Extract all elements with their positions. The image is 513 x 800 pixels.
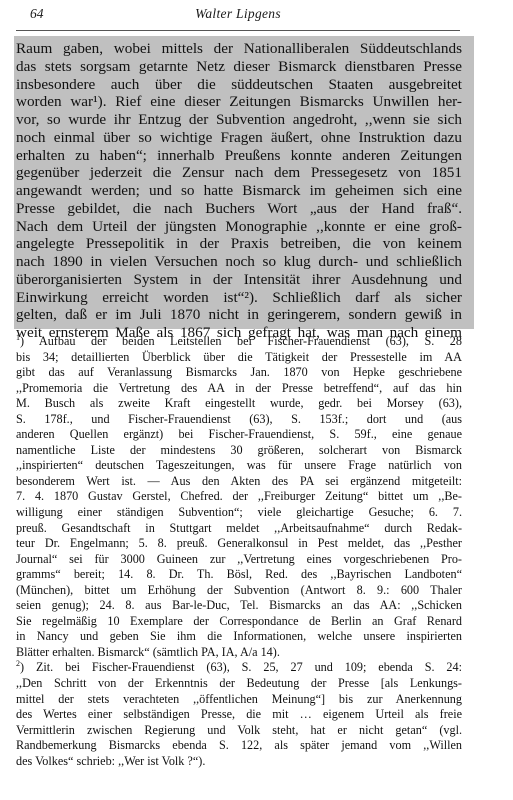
- text-line: Einwirkung erreicht worden ist“²). Schli…: [16, 289, 462, 307]
- footnote-line: preuß. Gesandtschaft in Stuttgart meldet…: [16, 521, 462, 537]
- text-line: noch einmal über so wichtige Fragen äuße…: [16, 129, 462, 147]
- footnote-line: Vermittlerin zwischen Regierung und Volk…: [16, 723, 462, 739]
- text-line: nach 1890 in vielen Versuchen noch so kl…: [16, 253, 462, 271]
- footnote-line: (München), bittet um Erhöhung der Subven…: [16, 583, 462, 599]
- footnotes: 1) Aufbau der beiden Leitstellen bei Fis…: [16, 334, 462, 769]
- text-line: angewandt werden; und so hatte Bismarck …: [16, 182, 462, 200]
- text-line: worden war¹). Rief eine dieser Zeitungen…: [16, 93, 462, 111]
- footnote-line: Sie regelmäßig 10 Exemplare der Correspo…: [16, 614, 462, 630]
- footnote-line: M. Busch als zweite Kraft eingestellt wu…: [16, 396, 462, 412]
- main-paragraph[interactable]: Raum gaben, wobei mittels der Nationalli…: [16, 40, 462, 342]
- footnote-line: Randbemerkung Bismarcks ebenda S. 122, a…: [16, 738, 462, 754]
- footnote-line: mittel der stets verachteten ,,öffentlic…: [16, 692, 462, 708]
- footnote-line: bis 34; detaillierten Überblick über die…: [16, 350, 462, 366]
- footnote-line: des Wertes einer selbständigen Presse, d…: [16, 707, 462, 723]
- footnote-line: ,,Promemoria die Vertretung des AA in de…: [16, 381, 462, 397]
- footnote-line: 7. 4. 1870 Gustav Gerstel, Chefred. der …: [16, 489, 462, 505]
- running-head: 64 Walter Lipgens: [16, 4, 460, 24]
- footnote-line: S. 178f., und Fischer-Frauendienst (63),…: [16, 412, 462, 428]
- text-line: gegenüber jederzeit die Zensur nach dem …: [16, 164, 462, 182]
- footnote-line: besonderem Wert ist. — Aus den Akten des…: [16, 474, 462, 490]
- header-rule: [16, 30, 460, 31]
- footnote-line: ,,inspirierten“ deutschen Tageszeitungen…: [16, 458, 462, 474]
- text-line: das stets sorgsam getarnte Netz dieser B…: [16, 58, 462, 76]
- running-title: Walter Lipgens: [16, 6, 460, 22]
- text-line: gelten, daß er im Juli 1870 nicht in ger…: [16, 306, 462, 324]
- footnote-line: Journal“ sei für 3000 Guineen zur ,,Vert…: [16, 552, 462, 568]
- footnote-line: ,,Den Schritt von der Erkenntnis der Bed…: [16, 676, 462, 692]
- footnote-line: gibt das auf Veranlassung Bismarcks Jan.…: [16, 365, 462, 381]
- footnote-line: des Volkes“ schrieb: ,,Wer ist Volk ?“).: [16, 754, 462, 770]
- text-line: überorganisierten System in der Intensit…: [16, 271, 462, 289]
- text-line: Nach dem Urteil der jüngsten Monographie…: [16, 218, 462, 236]
- footnote-line: Blätter erhalten. Bismarck“ (sämtlich PA…: [16, 645, 462, 661]
- footnote-line: ) Aufbau der beiden Leitstellen bei Fisc…: [20, 334, 462, 348]
- footnote-line: anderen Quellen ergänzt) bei Fischer-Fra…: [16, 427, 462, 443]
- text-line: Presse gebildet, die nach Buchers Wort „…: [16, 200, 462, 218]
- text-line: Raum gaben, wobei mittels der Nationalli…: [16, 40, 462, 58]
- footnote-1: 1) Aufbau der beiden Leitstellen bei Fis…: [16, 334, 462, 660]
- footnote-line: teur Dr. Engelmann; 5. 8. preuß. General…: [16, 536, 462, 552]
- text-line: angelegte Pressepolitik in der Praxis be…: [16, 235, 462, 253]
- footnote-line: in Nancy und geben Sie ihm die Informati…: [16, 629, 462, 645]
- footnote-line: gramms“ bereit; 14. 8. Dr. Th. Bösl, Red…: [16, 567, 462, 583]
- footnote-line: willigung einer ständigen Subvention“; v…: [16, 505, 462, 521]
- text-line: insbesondere auch über die süddeutschen …: [16, 76, 462, 94]
- footnote-line: ) Zit. bei Fischer-Frauendienst (63), S.…: [20, 660, 462, 674]
- footnote-line: seien genug); 24. 8. aus Bar-le-Duc, Tel…: [16, 598, 462, 614]
- footnote-line: namentliche Liste der mindestens 30 größ…: [16, 443, 462, 459]
- footnote-2: 2) Zit. bei Fischer-Frauendienst (63), S…: [16, 660, 462, 769]
- text-line: vor, so wurde ihr Entzug der Subvention …: [16, 111, 462, 129]
- text-line: erhalten zu haben“; innerhalb Preußens k…: [16, 147, 462, 165]
